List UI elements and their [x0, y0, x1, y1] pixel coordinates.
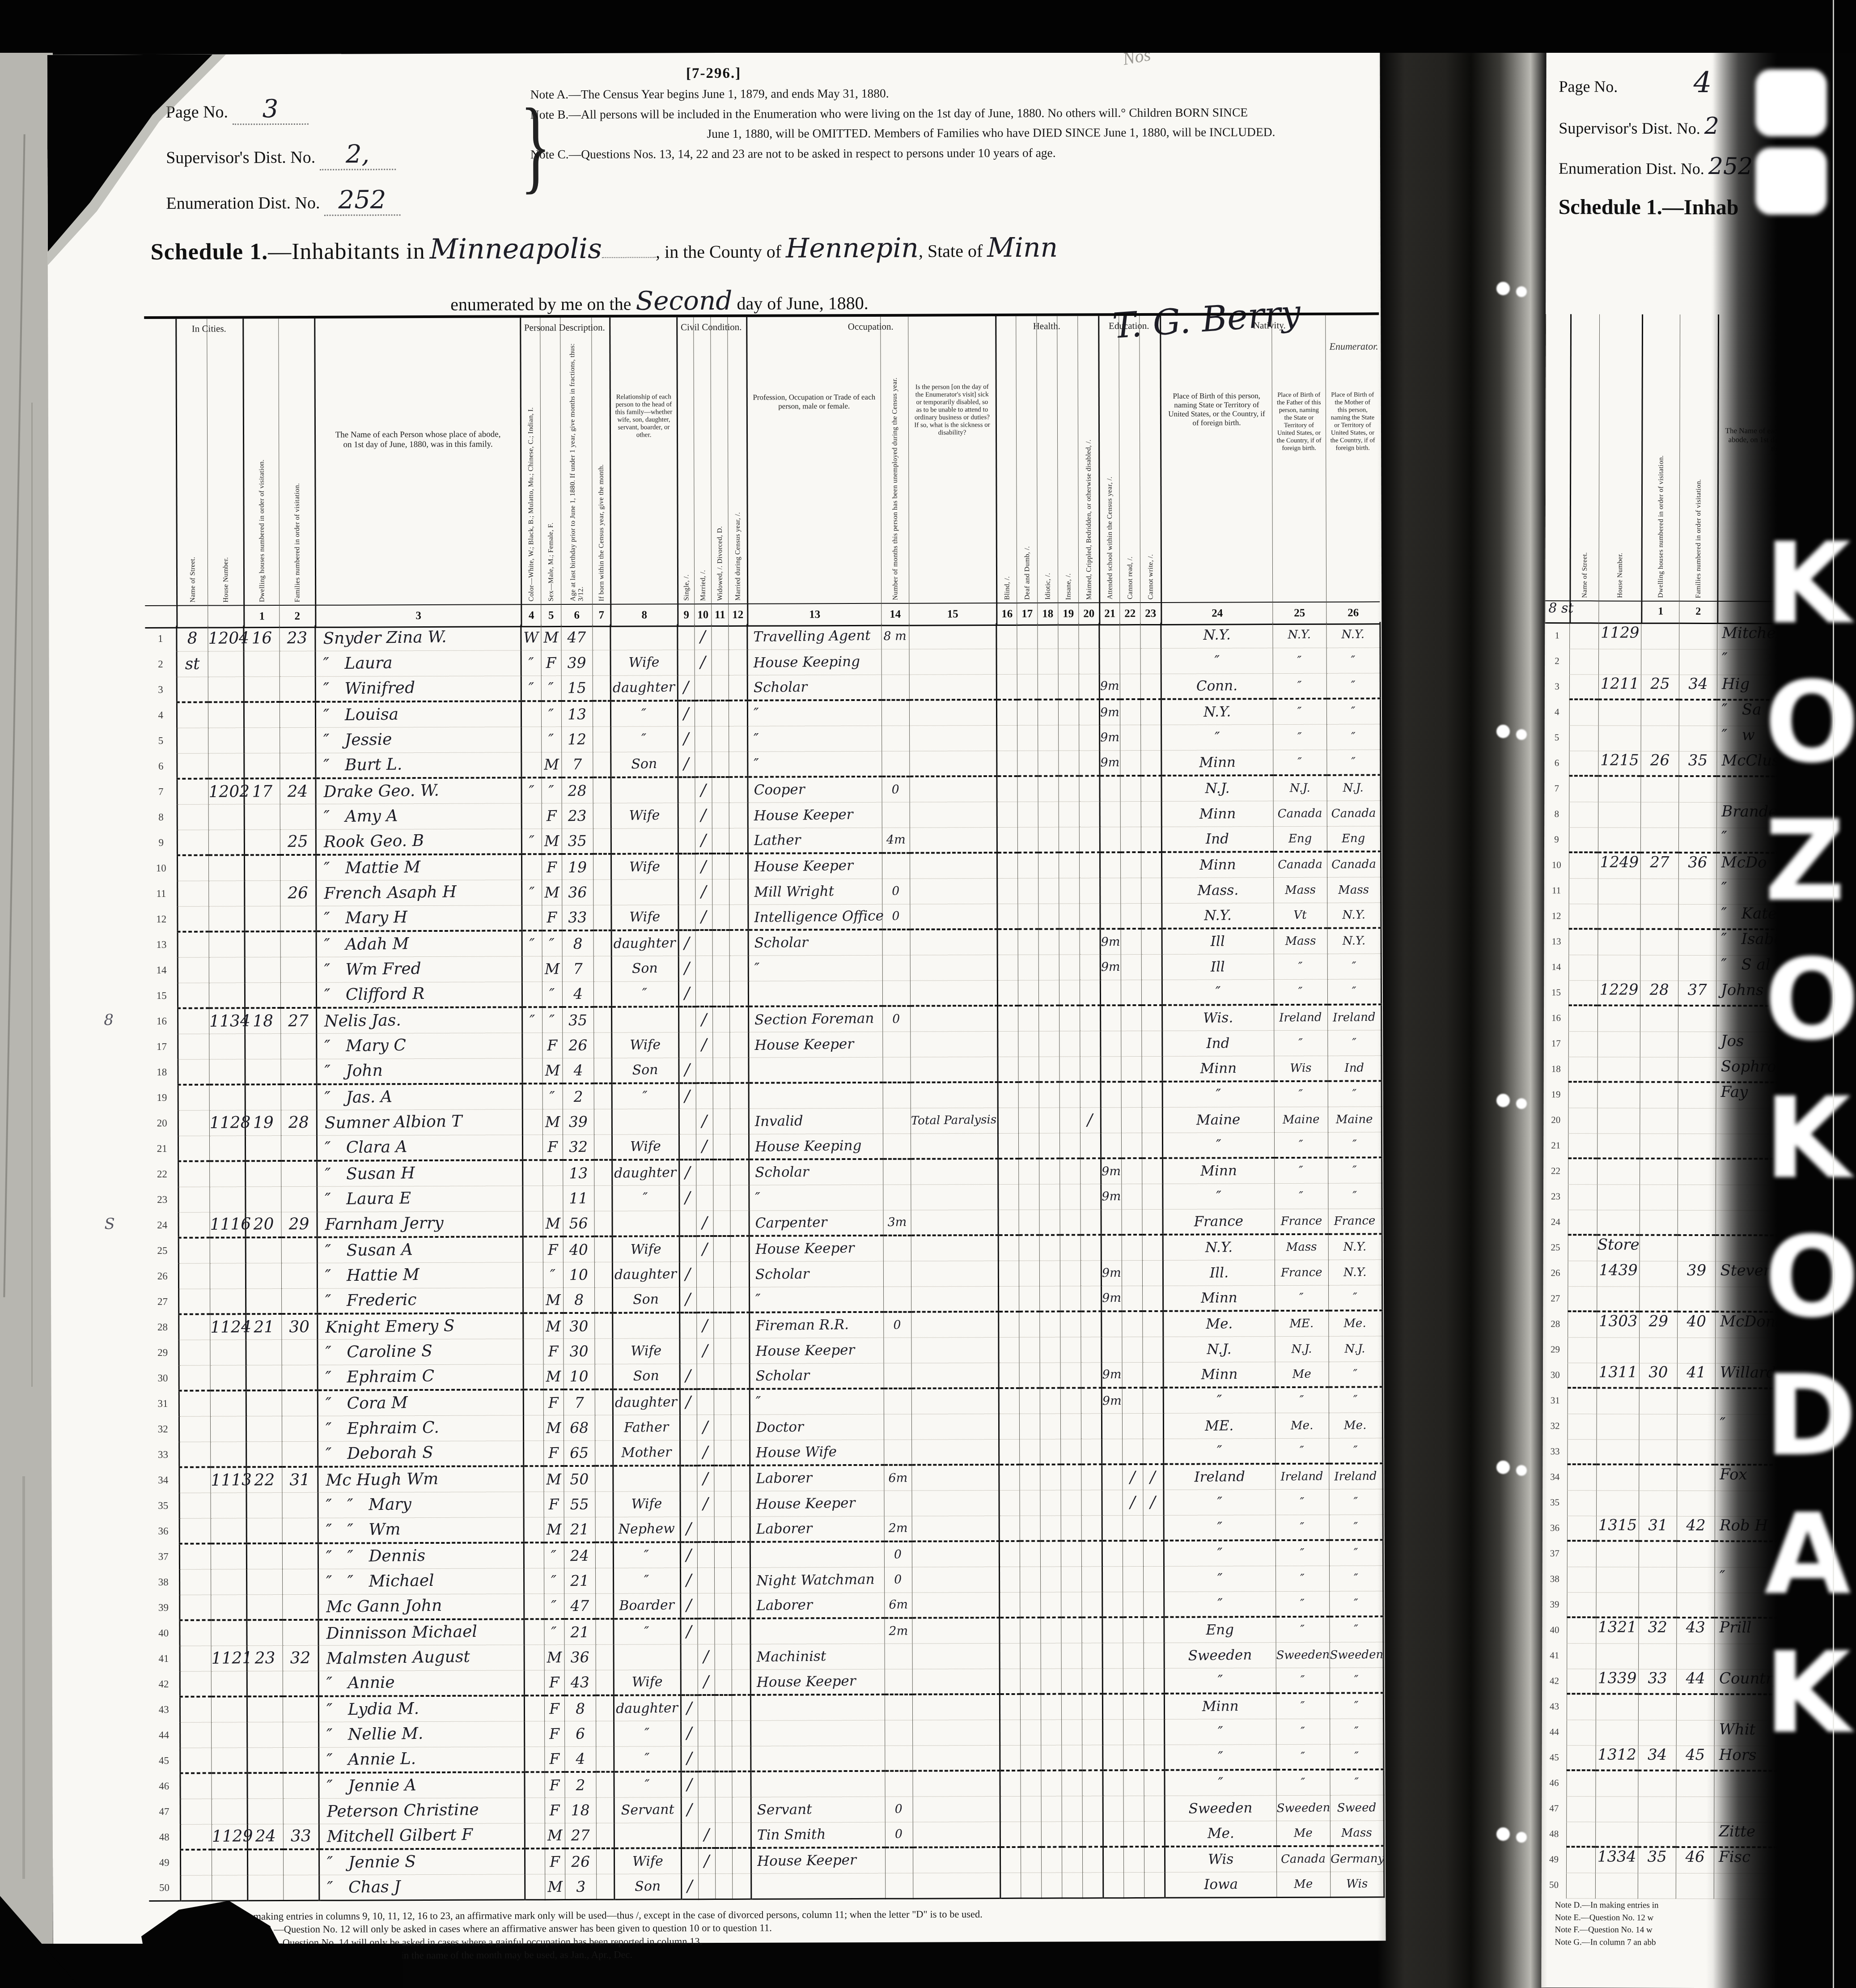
cell-st — [179, 1365, 210, 1391]
cell-mo — [593, 930, 611, 956]
cell-m12 — [732, 1720, 750, 1746]
cell-b2: Me — [1276, 1872, 1330, 1897]
cell-b18 — [1039, 1082, 1059, 1108]
cell-ag: 68 — [564, 1415, 595, 1440]
cell-e21: 9m — [1101, 1286, 1122, 1311]
cell-e21: 9m — [1099, 750, 1120, 776]
header-col-hs: House Number. — [207, 319, 243, 605]
cell-mo — [593, 905, 611, 930]
cell-sk — [910, 1031, 997, 1057]
cell-hs — [211, 1594, 246, 1620]
cell-cl — [523, 1236, 543, 1262]
cell-cl — [522, 981, 542, 1007]
cell-m10: / — [697, 1491, 714, 1516]
cell-s9: / — [678, 956, 695, 981]
page-left: [7-296.] Page No. 3 Supervisor's Dist. N… — [47, 51, 1386, 1945]
cell-m12 — [729, 905, 748, 930]
cell-un: 0 — [885, 1797, 913, 1822]
cell-hs — [209, 1161, 245, 1186]
cell-sx: M — [542, 1109, 563, 1134]
cell-b19 — [1058, 623, 1078, 648]
cell-e22 — [1123, 1541, 1143, 1566]
cell-dw — [244, 804, 280, 829]
cell-e23 — [1144, 1872, 1165, 1898]
cell-b2: ″ — [1274, 1081, 1328, 1107]
cell-b3: ″ — [1328, 1183, 1381, 1208]
cell-e23 — [1144, 1668, 1164, 1694]
cell-hs — [208, 880, 244, 906]
cell-e21 — [1100, 980, 1121, 1005]
cell-h20 — [1082, 1796, 1103, 1821]
cell-ag: 35 — [562, 828, 593, 854]
cell-e22 — [1121, 980, 1141, 1005]
cell-mo — [594, 1134, 612, 1160]
cell-ag: 4 — [564, 1746, 596, 1772]
cell-b16 — [996, 700, 1017, 725]
group-label: In Cities. — [175, 323, 242, 334]
enum-dist-value: 252 — [338, 185, 386, 214]
cell-dw — [245, 931, 280, 957]
cell-dw — [244, 829, 280, 855]
cell-ag: 6 — [564, 1721, 596, 1746]
film-edge-letter: K — [1764, 1637, 1851, 1749]
cell-n: 23 — [147, 1187, 178, 1212]
cell-cl — [524, 1721, 544, 1746]
cell-un — [883, 1083, 911, 1108]
cell-s9 — [679, 1134, 696, 1160]
cell-b16 — [999, 1490, 1019, 1516]
right-cell-hs: 1312 — [1596, 1746, 1638, 1771]
cell-rl: Nephew — [613, 1516, 680, 1542]
cell-sx: M — [542, 1058, 562, 1083]
cell-s9 — [678, 777, 695, 803]
cell-nm: ″ Ephraim C. — [318, 1415, 523, 1441]
cell-ag: 23 — [562, 803, 593, 828]
cell-mo — [596, 1772, 614, 1797]
cell-b3: Sweed — [1330, 1795, 1384, 1820]
county-label: , in the County of — [656, 242, 781, 262]
cell-e21 — [1099, 776, 1120, 801]
cell-h20 — [1079, 699, 1099, 725]
cell-hs — [210, 1237, 246, 1263]
cell-oc: Scholar — [749, 1261, 883, 1287]
cell-nm: ″ Louisa — [315, 701, 521, 727]
cell-m10 — [698, 1695, 715, 1720]
cell-e23 — [1142, 1082, 1162, 1107]
cell-h20 — [1079, 878, 1100, 903]
cell-sk — [912, 1592, 999, 1618]
cell-nm: Mc Gann John — [318, 1593, 524, 1619]
cell-sk — [910, 827, 997, 853]
cell-oc: ″ — [747, 726, 881, 752]
film-edge-letter: A — [1764, 1499, 1851, 1610]
cell-b17 — [1019, 1261, 1039, 1286]
cell-fm: 32 — [283, 1645, 318, 1671]
cell-b1: N.Y. — [1161, 903, 1273, 929]
cell-m10 — [696, 1160, 713, 1185]
cell-m12 — [729, 777, 747, 803]
right-cell-n: 2 — [1545, 649, 1569, 675]
cell-w11 — [712, 879, 729, 905]
cell-b18 — [1039, 1210, 1059, 1235]
cell-mo — [594, 1185, 612, 1211]
cell-e23 — [1141, 878, 1161, 903]
cell-b19 — [1059, 878, 1079, 903]
right-cell-st — [1569, 726, 1598, 751]
right-cell-hs: 1334 — [1595, 1848, 1638, 1873]
cell-rl: Son — [611, 1058, 678, 1083]
table-header: Name of Street.House Number.Dwelling hou… — [144, 312, 1380, 629]
cell-mo — [593, 854, 611, 879]
cell-m10: / — [696, 1236, 713, 1262]
cell-b17 — [1019, 1363, 1040, 1388]
cell-s9 — [678, 803, 695, 828]
cell-ag: 21 — [564, 1517, 595, 1542]
cell-st — [180, 1697, 211, 1722]
right-cell-hs — [1597, 1185, 1640, 1210]
cell-un: 0 — [884, 1567, 912, 1593]
cell-un — [881, 726, 909, 751]
right-cell-st — [1567, 1542, 1596, 1567]
right-cell-hs — [1596, 1644, 1638, 1669]
cell-s9 — [680, 1466, 697, 1491]
cell-b17 — [1020, 1771, 1041, 1796]
cell-rl: Wife — [613, 1491, 680, 1516]
cell-e23 — [1140, 623, 1161, 648]
cell-h20 — [1080, 1031, 1100, 1056]
cell-nm: Nelis Jas. — [316, 1007, 522, 1033]
cell-b3: Eng — [1327, 826, 1381, 851]
cell-e23 — [1142, 1158, 1162, 1184]
cell-b18 — [1040, 1618, 1061, 1643]
cell-b16 — [999, 1592, 1020, 1618]
cell-m12 — [729, 1058, 748, 1083]
right-cell-dw — [1640, 1134, 1678, 1160]
cell-b19 — [1062, 1872, 1082, 1898]
right-cell-hs — [1595, 1873, 1638, 1899]
cell-s9 — [681, 1822, 698, 1848]
cell-hs — [208, 855, 244, 880]
cell-b17 — [1020, 1567, 1040, 1592]
cell-cl — [524, 1746, 544, 1772]
cell-e21: 9m — [1100, 929, 1121, 954]
cell-n: 2 — [145, 651, 177, 677]
cell-ag: 11 — [563, 1185, 594, 1211]
cell-s9: / — [681, 1797, 698, 1822]
cell-fm: 30 — [281, 1314, 317, 1339]
right-cell-st — [1568, 955, 1598, 981]
right-cell-dw — [1640, 803, 1678, 828]
cell-b18 — [1041, 1643, 1061, 1669]
cell-b2: France — [1274, 1209, 1328, 1234]
cell-sk — [911, 1261, 998, 1287]
cell-m12 — [731, 1491, 750, 1516]
cell-b1: Mass. — [1161, 877, 1273, 903]
right-cell-st — [1569, 879, 1598, 904]
cell-sx: F — [543, 1440, 564, 1466]
cell-dw — [247, 1722, 283, 1747]
cell-fm — [282, 1365, 318, 1390]
cell-fm — [281, 1186, 317, 1212]
cell-b2: ″ — [1274, 1183, 1328, 1209]
cell-rl: Father — [613, 1415, 680, 1440]
cell-fm — [281, 1339, 317, 1365]
cell-s9: / — [680, 1593, 697, 1618]
cell-st — [179, 1442, 210, 1467]
cell-sk — [910, 904, 997, 930]
header-col-18: Idiotic, /. — [1036, 316, 1058, 603]
cell-un — [883, 1134, 911, 1159]
cell-nm: Peterson Christine — [319, 1797, 525, 1823]
cell-w11 — [714, 1567, 731, 1593]
cell-w11 — [714, 1618, 731, 1644]
right-header-hs: House Number. — [1598, 314, 1642, 600]
cell-b18 — [1038, 751, 1058, 776]
cell-rl — [612, 1109, 679, 1134]
cell-st — [177, 753, 208, 779]
cell-n: 20 — [147, 1110, 178, 1136]
cell-n: 35 — [148, 1493, 179, 1518]
cell-b2: ″ — [1274, 1030, 1327, 1056]
cell-rl — [612, 1313, 679, 1338]
cell-ag: 47 — [561, 624, 592, 650]
right-cell-hs: 1311 — [1597, 1363, 1639, 1389]
cell-hs — [211, 1773, 247, 1798]
cell-n: 12 — [146, 906, 177, 932]
cell-b2: Mass — [1273, 877, 1327, 903]
cell-m12 — [730, 1287, 749, 1313]
cell-b17 — [1019, 1465, 1040, 1490]
right-cell-st — [1567, 1491, 1596, 1516]
cell-s9 — [677, 624, 694, 650]
cell-b16 — [1000, 1694, 1020, 1720]
cell-b1: Ireland — [1163, 1464, 1275, 1490]
right-cell-hs — [1598, 726, 1641, 751]
cell-m10 — [696, 1083, 713, 1109]
cell-e21 — [1102, 1668, 1123, 1694]
cell-dw — [246, 1416, 282, 1441]
cell-sk — [912, 1694, 1000, 1720]
cell-rl — [613, 1466, 680, 1491]
cell-e21 — [1102, 1745, 1123, 1770]
header-num-4: 4 — [521, 604, 541, 627]
cell-un — [881, 751, 909, 777]
cell-s9: / — [681, 1720, 698, 1746]
cell-e22 — [1121, 1209, 1142, 1235]
header-num-12: 12 — [728, 603, 747, 627]
cell-cl — [521, 752, 541, 777]
right-cell-st — [1566, 1848, 1595, 1873]
cell-e22 — [1122, 1235, 1142, 1260]
cell-m12 — [729, 752, 747, 777]
cell-m12 — [732, 1695, 750, 1720]
cell-hs — [208, 676, 244, 702]
cell-fm — [280, 727, 315, 753]
cell-b19 — [1060, 1439, 1081, 1464]
cell-m10 — [696, 1287, 713, 1313]
cell-rl — [611, 828, 678, 854]
cell-n: 14 — [146, 957, 178, 983]
cell-mo — [594, 1160, 612, 1185]
cell-b2: ″ — [1275, 1285, 1328, 1311]
cell-sk — [911, 1082, 998, 1108]
header-notes: Note A.—The Census Year begins June 1, 1… — [530, 82, 1452, 165]
cell-fm — [282, 1620, 318, 1645]
cell-sk — [913, 1796, 1000, 1822]
cell-st — [177, 728, 208, 753]
cell-fm: 23 — [279, 625, 315, 651]
right-cell-st — [1569, 828, 1598, 853]
cell-ag: 8 — [563, 1287, 594, 1313]
cell-e22 — [1123, 1821, 1144, 1847]
cell-w11 — [712, 675, 729, 701]
cell-sk — [911, 1210, 998, 1236]
cell-m10: / — [696, 1134, 713, 1160]
cell-b19 — [1062, 1847, 1082, 1872]
cell-sx: F — [543, 1389, 564, 1415]
cell-oc: Laborer — [750, 1593, 884, 1618]
cell-nm: Drake Geo. W. — [315, 777, 521, 803]
cell-h20 — [1080, 1133, 1101, 1158]
cell-b19 — [1060, 1286, 1081, 1311]
cell-un — [885, 1695, 912, 1720]
cell-m12 — [731, 1364, 750, 1389]
cell-rl: ″ — [610, 701, 678, 726]
cell-s9: / — [679, 1262, 696, 1287]
cell-mo — [595, 1491, 613, 1517]
cell-cl — [523, 1389, 543, 1415]
header-col-7: If born within the Census year, give the… — [591, 318, 610, 604]
cell-b17 — [1017, 674, 1038, 700]
cell-s9: / — [678, 752, 695, 777]
cell-h20 — [1080, 1184, 1101, 1209]
cell-st — [177, 779, 208, 804]
cell-sk — [909, 700, 996, 726]
cell-b19 — [1061, 1541, 1081, 1566]
cell-un: 8 m — [881, 624, 909, 649]
cell-b3: ″ — [1328, 1132, 1381, 1157]
cell-oc — [750, 1618, 884, 1644]
header-num-hs — [208, 605, 243, 628]
cell-b1: Minn — [1162, 1158, 1274, 1184]
header-col-13: Profession, Occupation or Trade of each … — [746, 317, 881, 603]
cell-hs — [209, 1033, 245, 1059]
cell-b19 — [1061, 1566, 1081, 1592]
cell-e23 — [1141, 827, 1161, 852]
cell-sk — [912, 1541, 999, 1567]
right-hnum-dw: 1 — [1641, 601, 1679, 624]
cell-dw — [247, 1875, 283, 1900]
cell-e22 — [1121, 1056, 1141, 1082]
cell-m10: / — [695, 803, 712, 828]
cell-b1: Ind — [1162, 1030, 1274, 1056]
cell-b3: ″ — [1326, 647, 1380, 673]
cell-b2: ″ — [1275, 1438, 1329, 1464]
cell-e22 — [1120, 903, 1141, 929]
cell-mo — [596, 1644, 614, 1670]
cell-rl — [612, 1211, 679, 1236]
cell-b3: Wis — [1330, 1871, 1384, 1897]
right-cell-n: 1 — [1545, 624, 1569, 649]
cell-b1: ″ — [1161, 648, 1273, 674]
cell-hs — [210, 1263, 246, 1288]
cell-b17 — [1017, 904, 1038, 929]
cell-sk — [911, 1184, 998, 1210]
cell-s9 — [679, 1109, 696, 1134]
cell-b3: N.Y. — [1327, 902, 1381, 928]
cell-b1: ″ — [1164, 1744, 1276, 1770]
cell-e23 — [1144, 1719, 1164, 1745]
cell-b19 — [1060, 1235, 1081, 1260]
cell-fm — [283, 1722, 318, 1747]
cell-n: 46 — [148, 1773, 180, 1799]
right-page-no-label: Page No. — [1559, 77, 1618, 95]
cell-b18 — [1039, 1337, 1060, 1363]
cell-b2: ″ — [1275, 1515, 1329, 1540]
right-cell-st — [1568, 1261, 1597, 1287]
cell-n: 27 — [147, 1289, 178, 1314]
cell-ag: 8 — [562, 930, 593, 956]
cell-s9 — [681, 1644, 698, 1669]
cell-hs — [208, 727, 244, 753]
cell-hs: 1124 — [210, 1314, 246, 1339]
cell-nm: French Asaph H — [316, 879, 521, 905]
film-edge-letter: O — [1764, 667, 1856, 778]
cell-rl: daughter — [614, 1695, 681, 1720]
cell-hs — [209, 957, 245, 982]
right-cell-hs: 1439 — [1597, 1261, 1639, 1287]
cell-e21: 9m — [1100, 954, 1121, 980]
cell-sx: F — [544, 1670, 564, 1695]
cell-b1: Minn — [1161, 852, 1273, 878]
cell-nm: ″ Wm Fred — [316, 956, 522, 982]
cell-b2: ″ — [1273, 724, 1326, 750]
cell-dw — [247, 1696, 283, 1722]
cell-b17 — [1018, 1210, 1039, 1235]
cell-st — [177, 702, 208, 728]
cell-hs — [211, 1696, 247, 1722]
cell-b18 — [1038, 649, 1058, 674]
cell-dw — [244, 880, 280, 906]
cell-nm: ″ Adah M — [316, 930, 522, 956]
cell-nm: ″ Ephraim C — [318, 1364, 523, 1390]
cell-rl: Son — [614, 1873, 681, 1899]
cell-b1: Minn — [1163, 1285, 1275, 1311]
cell-dw — [247, 1671, 283, 1696]
cell-e22 — [1120, 750, 1140, 776]
cell-m10: / — [698, 1848, 715, 1873]
cell-w11 — [715, 1746, 732, 1771]
cell-n: 5 — [145, 728, 177, 753]
cell-b19 — [1059, 954, 1080, 980]
cell-dw — [247, 1849, 283, 1875]
cell-hs — [211, 1543, 246, 1569]
cell-e23 — [1144, 1694, 1164, 1719]
right-cell-hs: 1339 — [1596, 1669, 1638, 1695]
right-cell-dw — [1638, 1873, 1676, 1899]
cell-fm — [283, 1849, 319, 1875]
cell-cl — [525, 1874, 545, 1899]
cell-b18 — [1038, 1006, 1059, 1031]
cell-dw — [247, 1747, 283, 1773]
cell-st — [179, 1467, 210, 1493]
right-cell-hs — [1598, 802, 1640, 828]
cell-ag: 55 — [564, 1491, 595, 1517]
header-num-11: 11 — [711, 603, 728, 627]
right-cell-hs: 1321 — [1596, 1618, 1638, 1644]
cell-hs — [208, 804, 244, 829]
cell-dw — [246, 1569, 282, 1594]
